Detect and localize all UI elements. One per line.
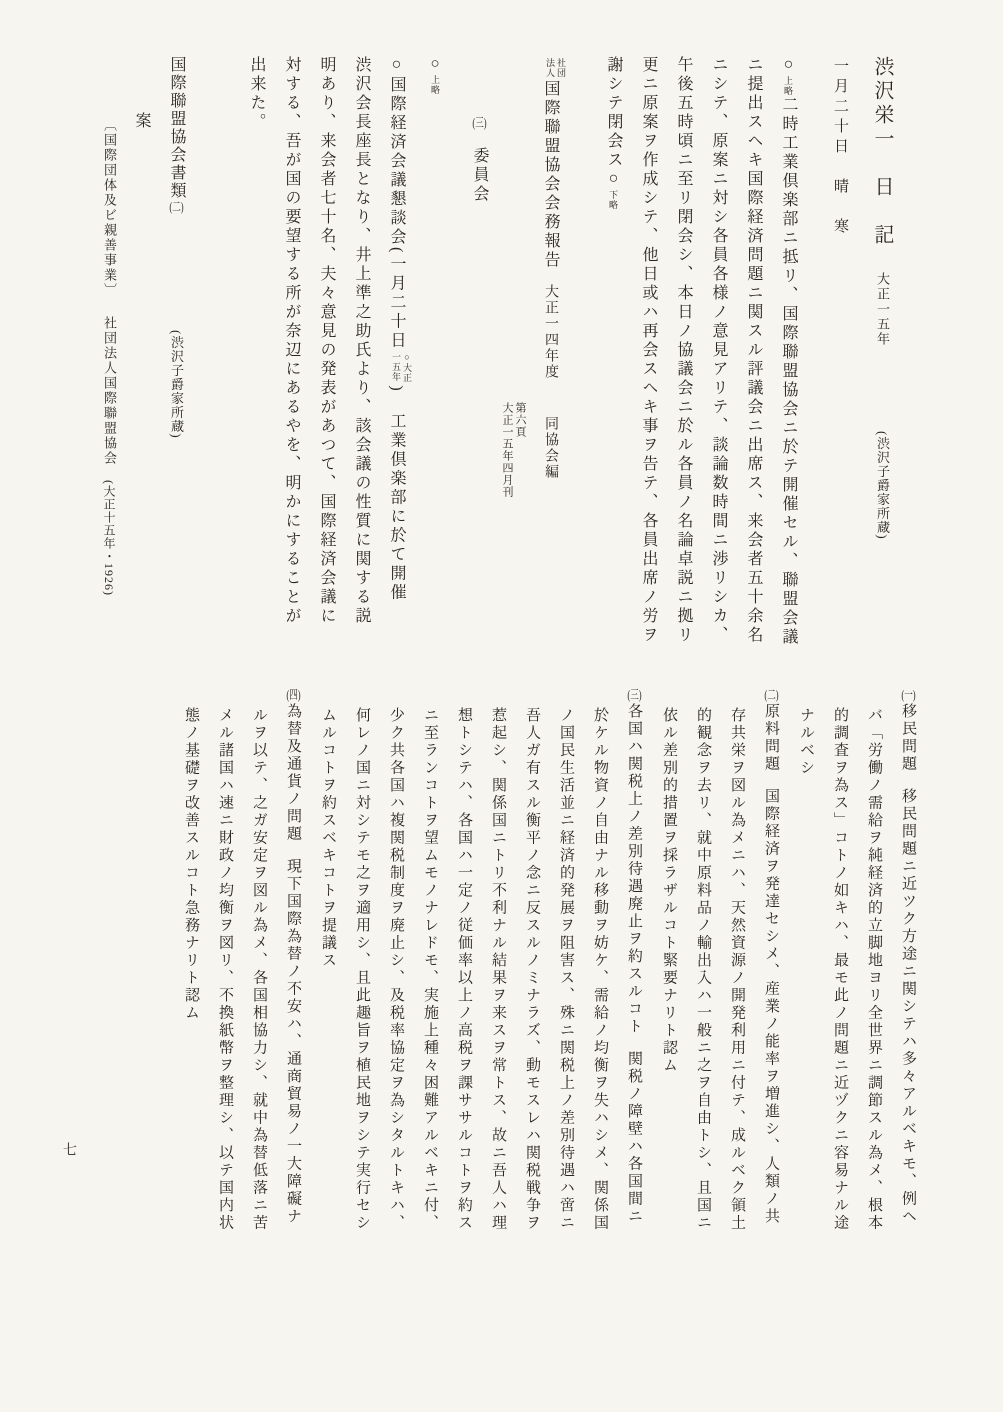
page-number: 七	[58, 1142, 78, 1158]
omission-note: ○上略	[424, 56, 446, 684]
item-number: (一)	[901, 688, 916, 701]
agenda-item-first-line: (三)各国ハ関税上ノ差別待遇廃止ヲ約スルコト関税ノ障壁ハ各国間ニ	[623, 688, 645, 1268]
spacer	[550, 270, 551, 284]
diary-paragraph: ○上略二時工業倶楽部ニ抵リ、国際聯盟協会ニ於テ開催セル、聯盟会議 ニ提出スヘキ国…	[602, 56, 799, 684]
agenda-item-first-line: (二)原料問題国際経済ヲ発達セシメ、産業ノ能率ヲ増進シ、人類ノ共	[760, 688, 782, 1268]
minutes-line: 出来た。	[245, 56, 267, 684]
agenda-line: 惹起シ、関係国ニトリ不利ナル結果ヲ来スヲ常トス、故ニ吾人ハ理	[487, 688, 508, 1268]
omission-start-mark: ○	[780, 56, 797, 76]
item-number: (二)	[764, 688, 779, 701]
spacer	[882, 248, 883, 272]
omission-mark: ○	[427, 56, 443, 75]
omission-end-label: 下略	[608, 190, 618, 210]
agenda-line: ナルベシ	[795, 688, 816, 1268]
spacer	[479, 131, 480, 147]
year-label: (大正十五年・1926)	[102, 480, 116, 596]
fiscal-year: 大正一四年度	[543, 284, 558, 380]
org-note-right: 社団	[555, 58, 566, 78]
item-number: (三)	[627, 688, 642, 701]
agenda-item-4: (四)為替及通貨ノ問題現下国際為替ノ不安ハ、通商貿易ノ一大障礙ナ ルヲ以テ、之ガ…	[180, 688, 304, 1268]
minutes-text: ) 工業倶楽部に於て開催	[388, 385, 405, 602]
date-note: ○大正一五年	[390, 352, 412, 383]
item-heading: 為替及通貨ノ問題	[285, 703, 301, 843]
category-label: 〔国際団体及ビ親善事業〕	[102, 118, 117, 298]
publication-note: 第六頁 大正一五年四月刊	[500, 56, 526, 684]
doc-number: (二)	[169, 200, 184, 213]
agenda-line: 的調査ヲ為ス」コトノ如キハ、最モ此ノ問題ニ近ヅクニ容易ナル途	[829, 688, 850, 1268]
item-heading: 移民問題	[900, 703, 916, 773]
agenda-item-first-line: (一)移民問題移民問題ニ近ツク方途ニ関シテハ多々アルベキモ、例ヘ	[897, 688, 919, 1268]
minutes-paragraph: ○国際経済会議懇談会(一月二十日○大正一五年) 工業倶楽部に於て開催 渋沢会長座…	[245, 56, 412, 684]
publication-date: 大正一五年四月刊	[500, 402, 513, 684]
spacer	[109, 298, 110, 316]
agenda-item-1: (一)移民問題移民問題ニ近ツク方途ニ関シテハ多々アルベキモ、例ヘ バ「労働ノ需給…	[795, 688, 919, 1268]
omission-label: 上略	[430, 75, 440, 95]
agenda-line: 吾人ガ有スル衡平ノ念ニ反スルノミナラズ、動モスレハ関税戦争ヲ	[521, 688, 542, 1268]
agenda-item-3: (三)各国ハ関税上ノ差別待遇廃止ヲ約スルコト関税ノ障壁ハ各国間ニ 於ケル物資ノ自…	[317, 688, 645, 1268]
diary-last-line: 謝シテ閉会ス○下略	[602, 56, 624, 684]
minutes-text: ○国際経済会議懇談会(一月二十日	[388, 56, 405, 350]
agenda-line: ノ国民生活並ニ経済的発展ヲ阻害ス、殊ニ関税上ノ差別待遇ハ啻ニ	[555, 688, 576, 1268]
section-heading: (三)委員会	[468, 56, 490, 684]
org-note-left: 法人	[544, 58, 555, 78]
agenda-item-first-line: (四)為替及通貨ノ問題現下国際為替ノ不安ハ、通商貿易ノ一大障礙ナ	[282, 688, 304, 1268]
item-number: (四)	[286, 688, 301, 701]
agenda-line: 想トシテハ、各国ハ一定ノ従価率以上ノ高税ヲ課ササルコトヲ約ス	[453, 688, 474, 1268]
minutes-line: 明あり、来会者七十名、夫々意見の発表があつて、国際経済会議に	[315, 56, 337, 684]
diary-line: 更ニ原案ヲ作成シテ、他日或ハ再会スヘキ事ヲ告テ、各員出席ノ労ヲ	[637, 56, 659, 684]
minutes-first-line: ○国際経済会議懇談会(一月二十日○大正一五年) 工業倶楽部に於て開催	[385, 56, 412, 684]
document-title-column: 渋沢栄一 日 記大正一五年(渋沢子爵家所蔵)	[867, 56, 897, 684]
diary-line: 午後五時頃ニ至リ閉会シ、本日ノ協議会ニ於ル各員ノ名論卓説ニ拠リ	[672, 56, 694, 684]
document-reference: 国際聯盟協会書類(二)(渋沢子爵家所蔵)	[165, 56, 187, 684]
agenda-line: メル諸国ハ速ニ財政ノ均衡ヲ図リ、不換紙幣ヲ整理シ、以テ国内状	[214, 688, 235, 1268]
spacer	[109, 466, 110, 480]
omission-start-label: 上略	[783, 76, 793, 96]
diary-line: ニシテ、原案ニ対シ各員各様ノ意見アリテ、談論数時間ニ渉リシカ、	[707, 56, 729, 684]
agenda-line: ルヲ以テ、之ガ安定ヲ図ル為メ、各国相協力シ、就中為替低落ニ苦	[248, 688, 269, 1268]
agenda-line: ニ至ランコトヲ望ムモノナレドモ、実施上種々困難アルベキニ付、	[419, 688, 440, 1268]
omission-end-mark: ○	[605, 170, 622, 190]
agenda-line: 依ル差別的措置ヲ採ラザルコト緊要ナリト認ム	[658, 688, 679, 1268]
spacer	[882, 347, 883, 431]
date-note-left: 一五年	[390, 352, 401, 383]
agenda-line: 於ケル物資ノ自由ナル移動ヲ妨ケ、需給ノ均衡ヲ失ハシメ、関係国	[589, 688, 610, 1268]
editor: 同協会編	[543, 416, 558, 480]
item-text: 国際経済ヲ発達セシメ、産業ノ能率ヲ増進シ、人類ノ共	[763, 788, 779, 1226]
agenda-line: 少ク共各国ハ複関税制度ヲ廃止シ、及税率協定ヲ為シタルトキハ、	[385, 688, 406, 1268]
agenda-section: (一)移民問題移民問題ニ近ツク方途ニ関シテハ多々アルベキモ、例ヘ バ「労働ノ需給…	[167, 688, 919, 1268]
org-type-note: 社団法人	[544, 58, 566, 78]
agenda-line: バ「労働ノ需給ヲ純経済的立脚地ヨリ全世界ニ調節スル為メ、根本	[863, 688, 884, 1268]
minutes-line: 渋沢会長座長となり、井上準之助氏より、該会議の性質に関する説	[350, 56, 372, 684]
diary-entry-section: 渋沢栄一 日 記大正一五年(渋沢子爵家所蔵) 一月二十日 晴 寒 ○上略二時工業…	[84, 56, 897, 684]
item-heading: 原料問題	[763, 703, 779, 773]
item-text: 現下国際為替ノ不安ハ、通商貿易ノ一大障礙ナ	[285, 858, 301, 1226]
agenda-line: 存共栄ヲ図ル為メニハ、天然資源ノ開発利用ニ付テ、成ルベク領土	[726, 688, 747, 1268]
item-text: 関税ノ障壁ハ各国間ニ	[626, 1051, 642, 1226]
report-reference: 社団法人国際聯盟協会会務報告大正一四年度同協会編 第六頁 大正一五年四月刊	[500, 56, 566, 684]
spacer	[550, 380, 551, 416]
agenda-line: 的観念ヲ去リ、就中原料品ノ輸出入ハ一般ニ之ヲ自由トシ、且国ニ	[692, 688, 713, 1268]
page-reference: 第六頁	[513, 402, 526, 684]
item-heading: 各国ハ関税上ノ差別待遇廃止ヲ約スルコト	[626, 703, 642, 1036]
section-title: 委員会	[471, 147, 488, 204]
section-number: (三)	[472, 116, 487, 129]
document-title: 渋沢栄一 日 記	[871, 56, 893, 248]
source-attribution: (渋沢子爵家所蔵)	[875, 431, 890, 540]
era-label: 大正一五年	[875, 272, 890, 347]
diary-text: 謝シテ閉会ス	[605, 56, 622, 170]
org-name: 社団法人国際聯盟協会	[102, 316, 117, 466]
spacer	[176, 215, 177, 330]
category-column: 〔国際団体及ビ親善事業〕社団法人国際聯盟協会(大正十五年・1926)	[98, 56, 120, 684]
doc-title-column: 国際聯盟協会書類(二)(渋沢子爵家所蔵)	[165, 56, 187, 684]
agenda-line: 何レノ国ニ対シテモ之ヲ適用シ、且此趣旨ヲ植民地ヲシテ実行セシ	[351, 688, 372, 1268]
doc-title: 国際聯盟協会書類	[168, 56, 185, 200]
item-text: 移民問題ニ近ツク方途ニ関シテハ多々アルベキモ、例ヘ	[900, 788, 916, 1226]
diary-first-line: ○上略二時工業倶楽部ニ抵リ、国際聯盟協会ニ於テ開催セル、聯盟会議	[777, 56, 799, 684]
report-title: 国際聯盟協会会務報告	[542, 80, 559, 270]
scanned-page: 渋沢栄一 日 記大正一五年(渋沢子爵家所蔵) 一月二十日 晴 寒 ○上略二時工業…	[0, 0, 1003, 1412]
diary-line: ニ提出スヘキ国際経済問題ニ関スル評議会ニ出席ス、来会者五十余名	[742, 56, 764, 684]
draft-label: 案	[130, 56, 152, 684]
report-title-column: 社団法人国際聯盟協会会務報告大正一四年度同協会編	[539, 56, 566, 684]
date-note-right: ○大正	[401, 352, 412, 383]
agenda-line: ムルコトヲ約スベキコトヲ提議ス	[317, 688, 338, 1268]
date-line: 一月二十日 晴 寒	[829, 56, 851, 684]
doc-source: (渋沢子爵家所蔵)	[169, 330, 184, 439]
agenda-line: 態ノ基礎ヲ改善スルコト急務ナリト認ム	[180, 688, 201, 1268]
minutes-line: 対する、吾が国の要望する所が奈辺にあるやを、明かにすることが	[280, 56, 302, 684]
diary-text: 二時工業倶楽部ニ抵リ、国際聯盟協会ニ於テ開催セル、聯盟会議	[780, 96, 797, 647]
agenda-item-2: (二)原料問題国際経済ヲ発達セシメ、産業ノ能率ヲ増進シ、人類ノ共 存共栄ヲ図ル為…	[658, 688, 782, 1268]
